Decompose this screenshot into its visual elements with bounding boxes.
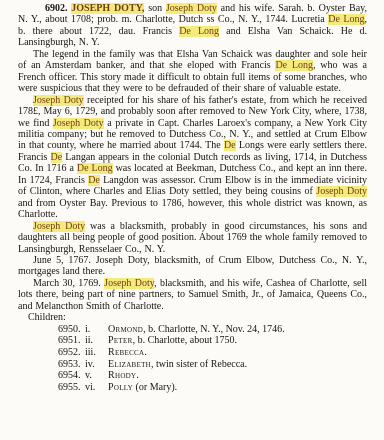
entry-paragraph: March 30, 1769. Joseph Doty, blacksmith,… (18, 278, 367, 312)
child-row: 6955.vi.Polly (or Mary). (18, 382, 367, 394)
entry-paragraphs: 6902. JOSEPH DOTY, son Joseph Doty and h… (18, 3, 367, 312)
child-number: 6954. (58, 370, 85, 382)
child-name: Peter (108, 335, 133, 346)
child-number: 6951. (58, 335, 85, 347)
search-highlight: Joseph Doty (33, 221, 85, 232)
entry-paragraph: June 5, 1767. Joseph Doty, blacksmith, o… (18, 255, 367, 278)
child-name: Elizabeth (108, 359, 151, 370)
entry-paragraph: Joseph Doty was a blacksmith, probably i… (18, 221, 367, 255)
search-highlight: JOSEPH DOTY, (71, 3, 144, 14)
search-highlight: De (88, 175, 100, 186)
child-number: 6950. (58, 324, 85, 336)
search-highlight: Joseph Doty (316, 186, 367, 197)
entry-paragraph: Joseph Doty receipted for his share of h… (18, 95, 367, 221)
child-row: 6951.ii.Peter, b. Charlotte, about 1750. (18, 335, 367, 347)
child-detail: , twin sister of Rebecca. (151, 359, 247, 370)
child-name: Rhody (108, 370, 136, 381)
search-highlight: De Long (328, 14, 364, 25)
child-roman-numeral: ii. (85, 335, 108, 347)
child-text: Rhody. (108, 370, 367, 382)
genealogy-page: 6902. JOSEPH DOTY, son Joseph Doty and h… (0, 0, 384, 440)
text-run: March 30, 1769. (33, 278, 104, 289)
text-run: June 5, 1767. Joseph Doty, blacksmith, o… (18, 255, 367, 277)
search-highlight: De Long (77, 163, 113, 174)
text-run: son (144, 3, 165, 14)
search-highlight: De Long (179, 26, 219, 37)
child-roman-numeral: vi. (85, 382, 108, 394)
child-name: Rebecca (108, 347, 144, 358)
child-row: 6954.v.Rhody. (18, 370, 367, 382)
child-detail: (or Mary). (133, 382, 177, 393)
search-highlight: Joseph Doty (166, 3, 217, 14)
child-detail: . (144, 347, 147, 358)
search-highlight: De (224, 140, 236, 151)
child-text: Ormond, b. Charlotte, N. Y., Nov. 24, 17… (108, 324, 367, 336)
child-detail: , b. Charlotte, N. Y., Nov. 24, 1746. (143, 324, 285, 335)
children-heading: Children: (18, 312, 367, 324)
entry-paragraph: 6902. JOSEPH DOTY, son Joseph Doty and h… (18, 3, 367, 49)
child-roman-numeral: v. (85, 370, 108, 382)
child-text: Elizabeth, twin sister of Rebecca. (108, 359, 367, 371)
child-number: 6952. (58, 347, 85, 359)
child-detail: , b. Charlotte, about 1750. (133, 335, 237, 346)
child-roman-numeral: i. (85, 324, 108, 336)
child-detail: . (136, 370, 139, 381)
child-number: 6955. (58, 382, 85, 394)
child-name: Polly (108, 382, 133, 393)
children-list: 6950.i.Ormond, b. Charlotte, N. Y., Nov.… (18, 324, 367, 394)
child-row: 6952.iii.Rebecca. (18, 347, 367, 359)
search-highlight: De (51, 152, 63, 163)
text-run: 6902. (45, 3, 71, 14)
text-run: and from Oyster Bay. Previous to 1786, h… (18, 198, 367, 220)
search-highlight: De Long (275, 60, 313, 71)
search-highlight: Joseph Doty (33, 95, 84, 106)
search-highlight: Joseph Doty (53, 118, 104, 129)
child-name: Ormond (108, 324, 143, 335)
child-roman-numeral: iii. (85, 347, 108, 359)
child-text: Rebecca. (108, 347, 367, 359)
child-text: Polly (or Mary). (108, 382, 367, 394)
child-text: Peter, b. Charlotte, about 1750. (108, 335, 367, 347)
child-row: 6950.i.Ormond, b. Charlotte, N. Y., Nov.… (18, 324, 367, 336)
entry-paragraph: The legend in the family was that Elsha … (18, 49, 367, 95)
search-highlight: Joseph Doty (104, 278, 154, 289)
child-roman-numeral: iv. (85, 359, 108, 371)
child-row: 6953.iv.Elizabeth, twin sister of Rebecc… (18, 359, 367, 371)
child-number: 6953. (58, 359, 85, 371)
